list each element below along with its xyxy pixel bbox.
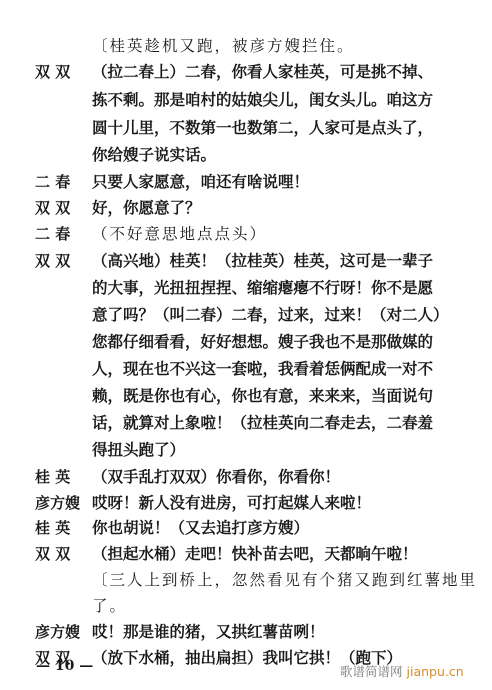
watermark-site-name: 歌谱简谱网 xyxy=(340,664,403,679)
dialogue-text: 哎！那是谁的猪，又拱红薯苗咧！ xyxy=(92,620,325,644)
watermark: 歌谱简谱网 jianpu.cn xyxy=(340,663,464,681)
dialogue-text: 意了吗？（叫二春）二春，过来，过来！（对二人） xyxy=(92,303,449,327)
dialogue-line: 彦方嫂哎呀！新人没有进房，可打起媒人来啦！ xyxy=(0,491,492,515)
dialogue-text: 哎呀！新人没有进房，可打起媒人来啦！ xyxy=(92,491,371,515)
dialogue-text: 拣不剩。那是咱村的姑娘尖儿，闺女头儿。咱这方 xyxy=(92,88,433,112)
dialogue-line: 得扭头跑了） xyxy=(0,438,492,462)
dialogue-line: 二 春只要人家愿意，咱还有啥说哩！ xyxy=(0,170,492,194)
dialogue-line: 二 春（不好意思地点点头） xyxy=(0,222,492,246)
dialogue-line: 赖，既是你也有心，你也有意，来来来，当面说句 xyxy=(0,384,492,408)
dialogue-text: 话，就算对上象啦！（拉桂英向二春走去，二春羞 xyxy=(92,411,433,435)
script-page: 〔桂英趁机又跑，被彦方嫂拦住。双 双（拉二春上）二春，你看人家桂英，可是挑不掉、… xyxy=(0,0,492,690)
dialogue-line: 拣不剩。那是咱村的姑娘尖儿，闺女头儿。咱这方 xyxy=(0,88,492,112)
dialogue-line: 双 双好，你愿意了？ xyxy=(0,196,492,220)
watermark-domain: jianpu.cn xyxy=(407,664,464,679)
dialogue-text: 得扭头跑了） xyxy=(92,438,185,462)
speaker-name: 双 双 xyxy=(35,542,87,566)
dialogue-text: 的大事，光扭扭捏捏、缩缩瘪瘪不行呀！你不是愿 xyxy=(92,276,433,300)
speaker-name: 桂 英 xyxy=(35,516,87,540)
speaker-name: 双 双 xyxy=(35,196,87,220)
speaker-name: 双 双 xyxy=(35,249,87,273)
dialogue-line: 人，现在也不兴这一套啦，我看着恁俩配成一对不 xyxy=(0,357,492,381)
dialogue-text: 〔桂英趁机又跑，被彦方嫂拦住。 xyxy=(92,34,355,58)
speaker-name: 桂 英 xyxy=(35,465,87,489)
dialogue-text: 只要人家愿意，咱还有啥说哩！ xyxy=(92,170,309,194)
dialogue-line: 双 双（高兴地）桂英！（拉桂英）桂英，这可是一辈子 xyxy=(0,249,492,273)
dialogue-line: 彦方嫂哎！那是谁的猪，又拱红薯苗咧！ xyxy=(0,620,492,644)
dialogue-line: 桂 英你也胡说！（又去追打彦方嫂） xyxy=(0,516,492,540)
dialogue-line: 双 双（拉二春上）二春，你看人家桂英，可是挑不掉、 xyxy=(0,60,492,84)
dialogue-line: 意了吗？（叫二春）二春，过来，过来！（对二人） xyxy=(0,303,492,327)
dialogue-line: 双 双（担起水桶）走吧！快补苗去吧，天都晌午啦！ xyxy=(0,542,492,566)
speaker-name: 二 春 xyxy=(35,222,87,246)
dialogue-text: 您都仔细看看，好好想想。嫂子我也不是那做媒的 xyxy=(92,330,433,354)
dialogue-text: 好，你愿意了？ xyxy=(92,196,201,220)
dialogue-text: 你给嫂子说实话。 xyxy=(92,143,216,167)
speaker-name: 双 双 xyxy=(35,60,87,84)
dialogue-line: 桂 英（双手乱打双双）你看你，你看你！ xyxy=(0,465,492,489)
dialogue-line: 圆十儿里，不数第一也数第二，人家可是点头了， xyxy=(0,116,492,140)
dialogue-text: 〔三人上到桥上，忽然看见有个猪又跑到红薯地里 xyxy=(92,568,477,592)
dialogue-text: （双手乱打双双）你看你，你看你！ xyxy=(92,465,340,489)
dialogue-text: 你也胡说！（又去追打彦方嫂） xyxy=(92,516,309,540)
dialogue-line: 了。 xyxy=(0,594,492,618)
dialogue-line: 话，就算对上象啦！（拉桂英向二春走去，二春羞 xyxy=(0,411,492,435)
dialogue-text: （拉二春上）二春，你看人家桂英，可是挑不掉、 xyxy=(92,60,433,84)
dialogue-text: 赖，既是你也有心，你也有意，来来来，当面说句 xyxy=(92,384,433,408)
dialogue-text: 圆十儿里，不数第一也数第二，人家可是点头了， xyxy=(92,116,433,140)
dialogue-line: 的大事，光扭扭捏捏、缩缩瘪瘪不行呀！你不是愿 xyxy=(0,276,492,300)
dialogue-text: 人，现在也不兴这一套啦，我看着恁俩配成一对不 xyxy=(92,357,433,381)
dialogue-line: 〔三人上到桥上，忽然看见有个猪又跑到红薯地里 xyxy=(0,568,492,592)
dialogue-line: 你给嫂子说实话。 xyxy=(0,143,492,167)
page-number: — 10 — xyxy=(36,656,93,676)
speaker-name: 彦方嫂 xyxy=(35,491,87,515)
dialogue-text: （担起水桶）走吧！快补苗去吧，天都晌午啦！ xyxy=(92,542,418,566)
speaker-name: 二 春 xyxy=(35,170,87,194)
dialogue-text: 了。 xyxy=(92,594,127,618)
dialogue-line: 您都仔细看看，好好想想。嫂子我也不是那做媒的 xyxy=(0,330,492,354)
speaker-name: 彦方嫂 xyxy=(35,620,87,644)
dialogue-text: （高兴地）桂英！（拉桂英）桂英，这可是一辈子 xyxy=(92,249,433,273)
dialogue-text: （不好意思地点点头） xyxy=(92,222,267,246)
dialogue-line: 〔桂英趁机又跑，被彦方嫂拦住。 xyxy=(0,34,492,58)
